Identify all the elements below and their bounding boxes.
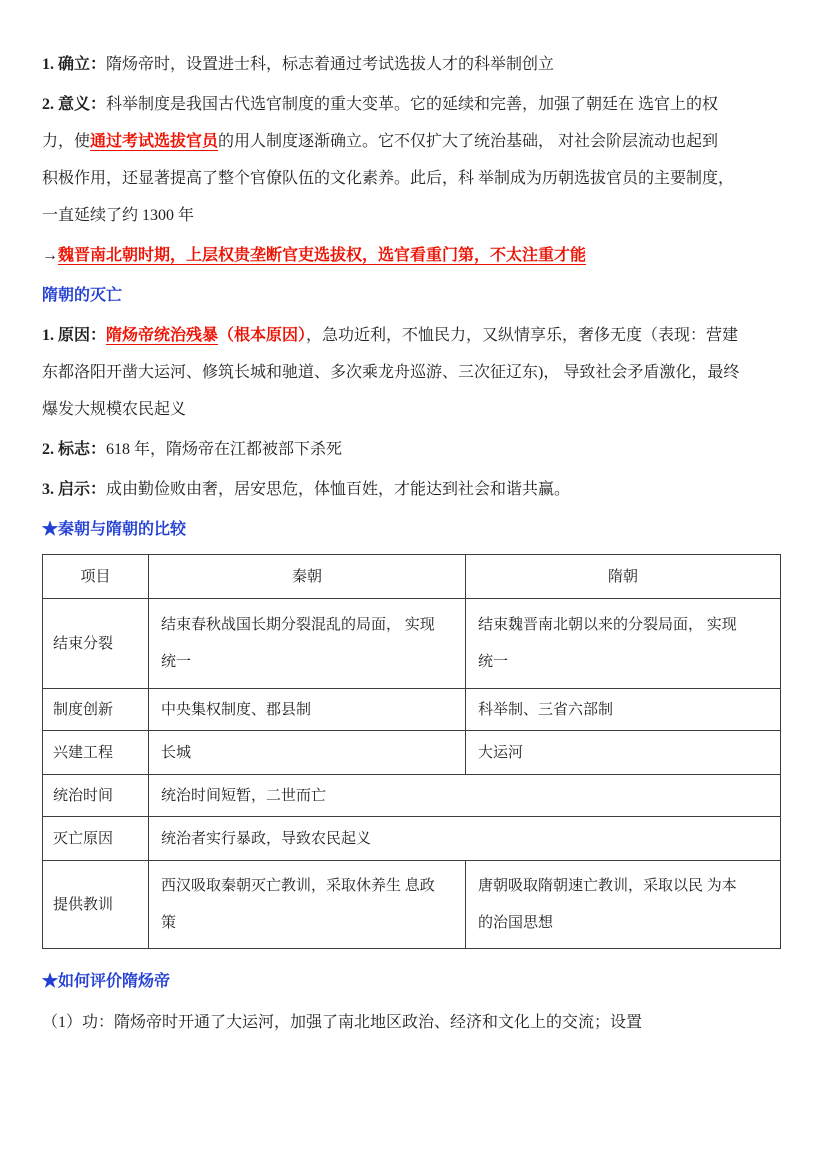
cell-line: 统一 bbox=[478, 654, 508, 670]
label-significance: 2. 意义： bbox=[42, 96, 106, 113]
row-label: 统治时间 bbox=[43, 775, 149, 817]
text-significance-line2-pre: 力，使 bbox=[42, 133, 90, 150]
cell-fall-reason: 统治者实行暴政，导致农民起义 bbox=[149, 817, 781, 861]
table-row-fall-reason: 灭亡原因 统治者实行暴政，导致农民起义 bbox=[43, 817, 781, 861]
cell-line: 西汉吸取秦朝灭亡教训，采取休养生 息政 bbox=[161, 878, 435, 894]
document-page: { "page": { "background": "#ffffff", "te… bbox=[0, 0, 823, 1166]
cell-qin-projects: 长城 bbox=[149, 731, 466, 775]
cell-line: 的治国思想 bbox=[478, 915, 553, 931]
table-header-row: 项目 秦朝 隋朝 bbox=[43, 555, 781, 599]
row-label: 制度创新 bbox=[43, 689, 149, 731]
document-body: 1. 确立：隋炀帝时，设置进士科，标志着通过考试选拔人才的科举制创立 2. 意义… bbox=[42, 46, 781, 1044]
heading-qin-sui-comparison: ★秦朝与隋朝的比较 bbox=[42, 511, 781, 548]
paragraph-merit: （1）功：隋炀帝时开通了大运河，加强了南北地区政治、经济和文化上的交流；设置 bbox=[42, 1004, 781, 1041]
cell-ruling-duration: 统治时间短暂，二世而亡 bbox=[149, 775, 781, 817]
label-establish: 1. 确立： bbox=[42, 56, 106, 73]
cell-line: 策 bbox=[161, 915, 176, 931]
note-weijin-text: 魏晋南北朝时期，上层权贵垄断官吏选拔权，选官看重门第，不太注重才能 bbox=[58, 247, 586, 264]
highlight-tyranny: 隋炀帝统治残暴 bbox=[106, 327, 218, 344]
paragraph-fall-mark: 2. 标志：618 年，隋炀帝在江都被部下杀死 bbox=[42, 431, 781, 468]
cell-line: 统一 bbox=[161, 654, 191, 670]
table-row-construction-projects: 兴建工程 长城 大运河 bbox=[43, 731, 781, 775]
text-significance-line2-post: 的用人制度逐渐确立。它不仅扩大了统治基础， 对社会阶层流动也起到 bbox=[218, 133, 718, 150]
cell-qin-innovation: 中央集权制度、郡县制 bbox=[149, 689, 466, 731]
text-cause-line2: 东都洛阳开凿大运河、修筑长城和驰道、多次乘龙舟巡游、三次征辽东)， 导致社会矛盾… bbox=[42, 364, 739, 381]
row-label: 兴建工程 bbox=[43, 731, 149, 775]
table-row-lessons-provided: 提供教训 西汉吸取秦朝灭亡教训，采取休养生 息政策 唐朝吸取隋朝速亡教训，采取以… bbox=[43, 861, 781, 949]
cell-sui-end-division: 结束魏晋南北朝以来的分裂局面， 实现统一 bbox=[466, 599, 781, 689]
comparison-table: 项目 秦朝 隋朝 结束分裂 结束春秋战国长期分裂混乱的局面， 实现统一 结束魏晋… bbox=[42, 554, 781, 949]
cell-sui-projects: 大运河 bbox=[466, 731, 781, 775]
text-significance-line1: 科举制度是我国古代选官制度的重大变革。它的延续和完善，加强了朝廷在 选官上的权 bbox=[106, 96, 718, 113]
header-sui: 隋朝 bbox=[466, 555, 781, 599]
cell-line: 结束春秋战国长期分裂混乱的局面， 实现 bbox=[161, 617, 435, 633]
highlight-root-cause: （根本原因） bbox=[218, 327, 306, 344]
heading-sui-fall: 隋朝的灭亡 bbox=[42, 277, 781, 314]
header-item: 项目 bbox=[43, 555, 149, 599]
text-lesson: 成由勤俭败由奢，居安思危，体恤百姓，才能达到社会和谐共赢。 bbox=[106, 481, 570, 498]
text-cause-line1: ，急功近利，不恤民力，又纵情享乐，奢侈无度（表现：营建 bbox=[306, 327, 738, 344]
text-significance-line4: 一直延续了约 1300 年 bbox=[42, 207, 194, 224]
row-label: 结束分裂 bbox=[43, 599, 149, 689]
cell-qin-lessons: 西汉吸取秦朝灭亡教训，采取休养生 息政策 bbox=[149, 861, 466, 949]
paragraph-fall-cause: 1. 原因：隋炀帝统治残暴（根本原因），急功近利，不恤民力，又纵情享乐，奢侈无度… bbox=[42, 317, 781, 428]
label-mark: 2. 标志： bbox=[42, 441, 106, 458]
cell-sui-innovation: 科举制、三省六部制 bbox=[466, 689, 781, 731]
text-establish: 隋炀帝时，设置进士科，标志着通过考试选拔人才的科举制创立 bbox=[106, 56, 554, 73]
paragraph-keju-significance: 2. 意义：科举制度是我国古代选官制度的重大变革。它的延续和完善，加强了朝廷在 … bbox=[42, 86, 781, 234]
label-lesson: 3. 启示： bbox=[42, 481, 106, 498]
note-weijin-selection: →魏晋南北朝时期，上层权贵垄断官吏选拔权，选官看重门第，不太注重才能 bbox=[42, 237, 781, 274]
text-significance-line3: 积极作用，还显著提高了整个官僚队伍的文化素养。此后，科 举制成为历朝选拔官员的主… bbox=[42, 170, 734, 187]
cell-sui-lessons: 唐朝吸取隋朝速亡教训，采取以民 为本的治国思想 bbox=[466, 861, 781, 949]
label-cause: 1. 原因： bbox=[42, 327, 106, 344]
text-mark: 618 年，隋炀帝在江都被部下杀死 bbox=[106, 441, 342, 458]
paragraph-fall-lesson: 3. 启示：成由勤俭败由奢，居安思危，体恤百姓，才能达到社会和谐共赢。 bbox=[42, 471, 781, 508]
table-row-end-division: 结束分裂 结束春秋战国长期分裂混乱的局面， 实现统一 结束魏晋南北朝以来的分裂局… bbox=[43, 599, 781, 689]
table-row-institutional-innovation: 制度创新 中央集权制度、郡县制 科举制、三省六部制 bbox=[43, 689, 781, 731]
row-label: 灭亡原因 bbox=[43, 817, 149, 861]
heading-evaluate-yangdi: ★如何评价隋炀帝 bbox=[42, 963, 781, 1000]
text-cause-line3: 爆发大规模农民起义 bbox=[42, 401, 186, 418]
cell-qin-end-division: 结束春秋战国长期分裂混乱的局面， 实现统一 bbox=[149, 599, 466, 689]
table-row-ruling-duration: 统治时间 统治时间短暂，二世而亡 bbox=[43, 775, 781, 817]
header-qin: 秦朝 bbox=[149, 555, 466, 599]
paragraph-keju-establish: 1. 确立：隋炀帝时，设置进士科，标志着通过考试选拔人才的科举制创立 bbox=[42, 46, 781, 83]
cell-line: 唐朝吸取隋朝速亡教训，采取以民 为本 bbox=[478, 878, 737, 894]
cell-line: 结束魏晋南北朝以来的分裂局面， 实现 bbox=[478, 617, 737, 633]
arrow-glyph: → bbox=[42, 247, 58, 264]
highlight-exam-selection: 通过考试选拔官员 bbox=[90, 133, 218, 150]
row-label: 提供教训 bbox=[43, 861, 149, 949]
